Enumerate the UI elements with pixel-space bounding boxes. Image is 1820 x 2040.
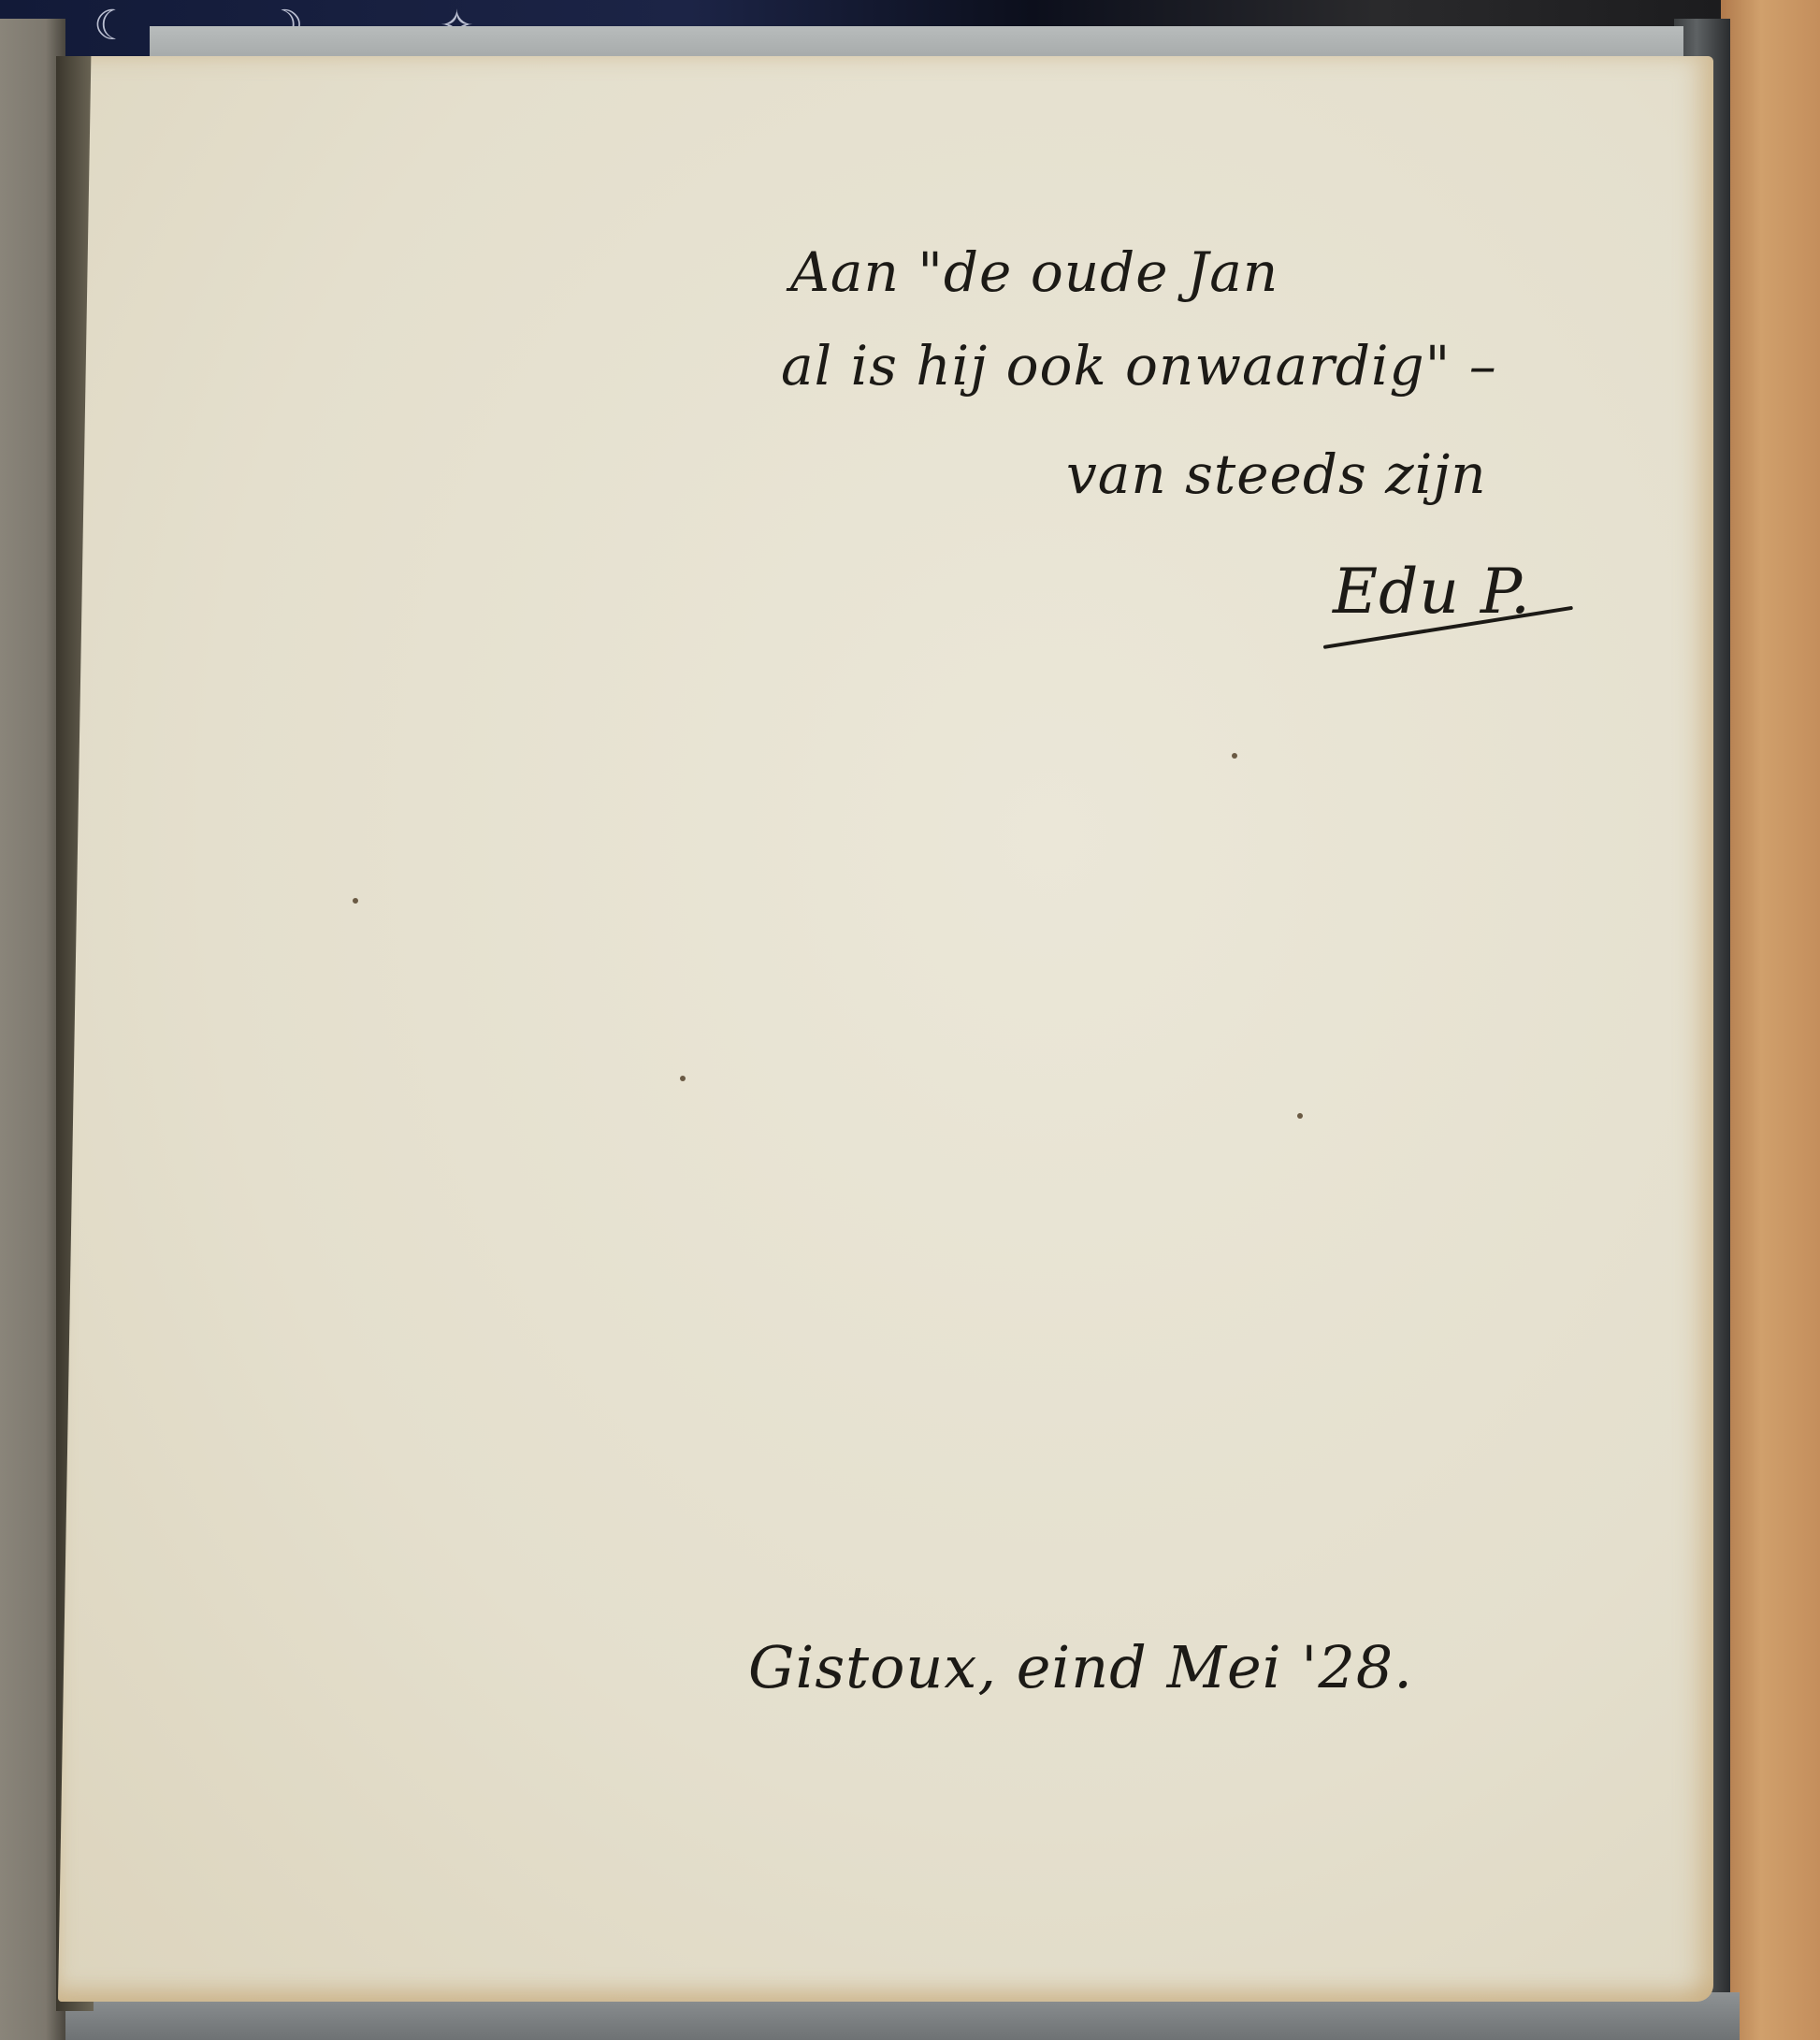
signature: Edu P. [1333, 561, 1531, 623]
inscription-line-3: van steeds zijn [1066, 447, 1487, 501]
inscription-line-1: Aan "de oude Jan [790, 245, 1278, 299]
foxing-spot [1232, 753, 1237, 759]
foxing-spot [1297, 1113, 1303, 1119]
wooden-table [1721, 0, 1820, 2040]
foxing-spot [680, 1076, 686, 1081]
foxing-spot [353, 898, 358, 904]
dateline: Gistoux, eind Mei '28. [748, 1639, 1413, 1697]
photo-scene: ☾ ☽ ✧ Aan "de oude Jan al is hij ook onw… [0, 0, 1820, 2040]
inscription-line-2: al is hij ook onwaardig" – [781, 339, 1497, 393]
cloth-moon-icon: ☾ [94, 2, 130, 50]
